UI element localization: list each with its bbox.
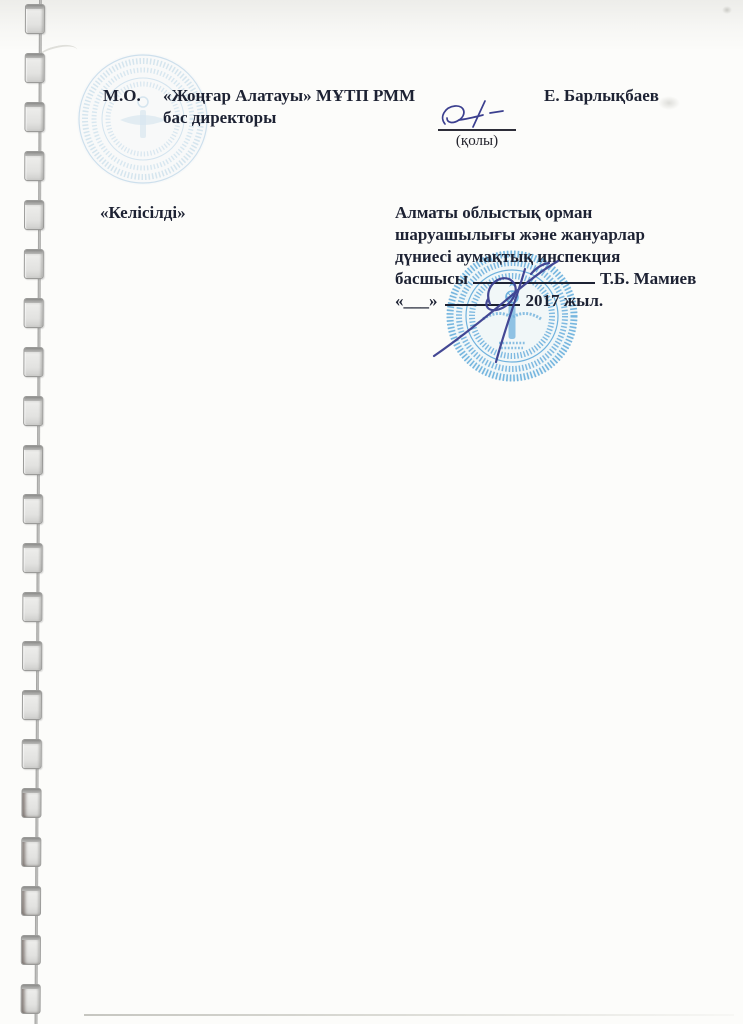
binding-tooth bbox=[22, 592, 42, 622]
binding-tooth bbox=[21, 886, 41, 916]
scanned-document-page: М.О. «Жоңғар Алатауы» МҰТП РММ бас дирек… bbox=[0, 0, 743, 1024]
seal-place-label: М.О. bbox=[103, 85, 141, 107]
binding-tooth bbox=[22, 543, 42, 573]
binding-tooth bbox=[22, 739, 42, 769]
signature-area: (қолы) bbox=[431, 97, 523, 151]
binding-tooth bbox=[25, 4, 45, 34]
organization-title: «Жоңғар Алатауы» МҰТП РММ бас директоры bbox=[163, 85, 453, 129]
binding-tooth bbox=[24, 298, 44, 328]
binding-tooth bbox=[25, 53, 45, 83]
scan-noise-band bbox=[0, 0, 743, 52]
inspection-name-line: Алматы облыстық орман bbox=[395, 202, 730, 224]
director-name: Е. Барлықбаев bbox=[544, 85, 659, 107]
binding-tooth bbox=[23, 494, 43, 524]
binding-tooth bbox=[21, 984, 41, 1014]
binding-tooth bbox=[21, 837, 41, 867]
scan-artifact bbox=[722, 6, 732, 14]
binding-tooth bbox=[21, 788, 41, 818]
comb-binding bbox=[0, 0, 60, 1024]
binding-tooth bbox=[21, 935, 41, 965]
binding-tooth bbox=[24, 102, 44, 132]
binding-tooth bbox=[22, 641, 42, 671]
binding-tooth bbox=[23, 445, 43, 475]
scan-artifact bbox=[658, 96, 680, 110]
binding-tooth bbox=[24, 151, 44, 181]
organization-name: «Жоңғар Алатауы» МҰТП РММ bbox=[163, 85, 453, 107]
binding-tooth bbox=[24, 249, 44, 279]
agreed-label: «Келісілді» bbox=[100, 202, 186, 224]
signature-caption: (қолы) bbox=[431, 131, 523, 151]
binding-tooth bbox=[24, 200, 44, 230]
director-title: бас директоры bbox=[163, 107, 453, 129]
head-name: Т.Б. Мамиев bbox=[600, 269, 696, 288]
page-edge-shadow bbox=[84, 1014, 734, 1016]
binding-tooth bbox=[23, 396, 43, 426]
handwritten-signature-icon bbox=[433, 97, 521, 131]
binding-tooth bbox=[22, 690, 42, 720]
inspection-name-line: шаруашылығы және жануарлар bbox=[395, 224, 730, 246]
handwritten-signature-icon bbox=[428, 252, 588, 374]
binding-tooth bbox=[23, 347, 43, 377]
